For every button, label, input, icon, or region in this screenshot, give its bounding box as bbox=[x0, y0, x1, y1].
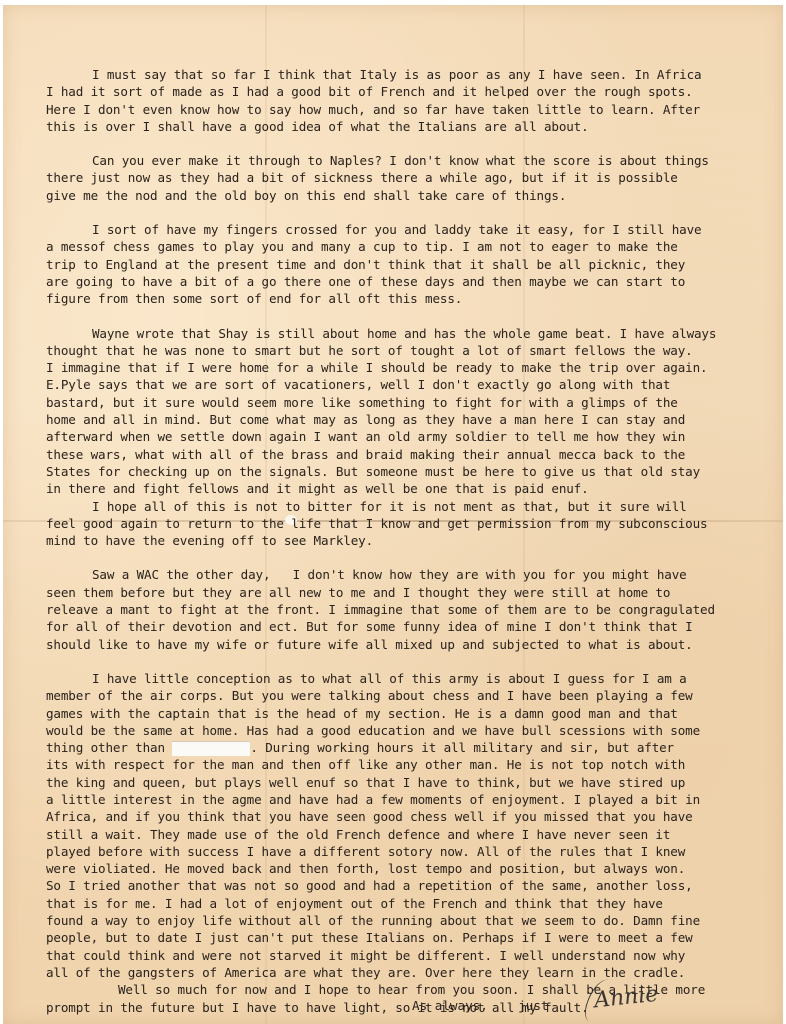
text-line: still a wait. They made use of the old F… bbox=[46, 826, 776, 843]
text-line: feel good again to return to the life th… bbox=[46, 515, 776, 532]
text-line: seen them before but they are all new to… bbox=[46, 584, 776, 601]
text-line: thought that he was none to smart but he… bbox=[46, 342, 776, 359]
redacted-area bbox=[172, 741, 250, 756]
text-line: its with respect for the man and then of… bbox=[46, 756, 776, 773]
text-line: figure from then some sort of end for al… bbox=[46, 290, 776, 307]
text-line: mind to have the evening off to see Mark… bbox=[46, 532, 776, 549]
text-line: this is over I shall have a good idea of… bbox=[46, 118, 776, 135]
text-line: I had it sort of made as I had a good bi… bbox=[46, 83, 776, 100]
paragraph-wayne: Wayne wrote that Shay is still about hom… bbox=[46, 325, 776, 498]
text-line: should like to have my wife or future wi… bbox=[46, 636, 776, 653]
text-line: are going to have a bit of a go there on… bbox=[46, 273, 776, 290]
text-before-redaction: thing other than bbox=[46, 740, 172, 755]
paragraph-naples: Can you ever make it through to Naples? … bbox=[46, 152, 776, 204]
text-line: in there and fight fellows and it might … bbox=[46, 480, 776, 497]
text-line: that is for me. I had a lot of enjoyment… bbox=[46, 895, 776, 912]
paragraph-italy: I must say that so far I think that Ital… bbox=[46, 66, 776, 135]
text-line: that could think and were not starved it… bbox=[46, 947, 776, 964]
text-line: there just now as they had a bit of sick… bbox=[46, 169, 776, 186]
paragraph-chess: I have little conception as to what all … bbox=[46, 670, 776, 981]
text-line: a messof chess games to play you and man… bbox=[46, 238, 776, 255]
text-after-redaction: . During working hours it all military a… bbox=[250, 740, 674, 755]
text-line: So I tried another that was not so good … bbox=[46, 877, 776, 894]
paragraph-bitter: I hope all of this is not to bitter for … bbox=[46, 498, 776, 550]
text-line: give me the nod and the old boy on this … bbox=[46, 187, 776, 204]
text-line: E.Pyle says that we are sort of vacation… bbox=[46, 376, 776, 393]
text-line: found a way to enjoy life without all of… bbox=[46, 912, 776, 929]
text-line: the king and queen, but plays well enuf … bbox=[46, 774, 776, 791]
text-line: Saw a WAC the other day, I don't know ho… bbox=[46, 566, 776, 583]
text-line: I must say that so far I think that Ital… bbox=[46, 66, 776, 83]
text-line: a little interest in the agme and have h… bbox=[46, 791, 776, 808]
closing-salutation: As always, just bbox=[412, 998, 548, 1013]
text-line: Africa, and if you think that you have s… bbox=[46, 808, 776, 825]
text-line: States for checking up on the signals. B… bbox=[46, 463, 776, 480]
text-line: Well so much for now and I hope to hear … bbox=[46, 981, 776, 998]
text-line: member of the air corps. But you were ta… bbox=[46, 687, 776, 704]
text-line: bastard, but it sure would seem more lik… bbox=[46, 394, 776, 411]
text-line: people, but to date I just can't put the… bbox=[46, 929, 776, 946]
text-line: for all of their devotion and ect. But f… bbox=[46, 618, 776, 635]
text-line: I have little conception as to what all … bbox=[46, 670, 776, 687]
text-line-with-redaction: thing other than . During working hours … bbox=[46, 739, 776, 756]
text-line: all of the gangsters of America are what… bbox=[46, 964, 776, 981]
text-line: I sort of have my fingers crossed for yo… bbox=[46, 221, 776, 238]
paragraph-wac: Saw a WAC the other day, I don't know ho… bbox=[46, 566, 776, 652]
text-line: trip to England at the present time and … bbox=[46, 256, 776, 273]
text-line: these wars, what with all of the brass a… bbox=[46, 446, 776, 463]
text-line: home and all in mind. But come what may … bbox=[46, 411, 776, 428]
text-line: prompt in the future but I have to have … bbox=[46, 999, 776, 1016]
paragraph-fingers-crossed: I sort of have my fingers crossed for yo… bbox=[46, 221, 776, 307]
text-line: Can you ever make it through to Naples? … bbox=[46, 152, 776, 169]
text-line: afterward when we settle down again I wa… bbox=[46, 428, 776, 445]
text-line: were violiated. He moved back and then f… bbox=[46, 860, 776, 877]
text-line: Here I don't even know how to say how mu… bbox=[46, 101, 776, 118]
text-line: I immagine that if I were home for a whi… bbox=[46, 359, 776, 376]
text-line: would be the same at home. Has had a goo… bbox=[46, 722, 776, 739]
text-line: played before with success I have a diff… bbox=[46, 843, 776, 860]
text-line: Wayne wrote that Shay is still about hom… bbox=[46, 325, 776, 342]
text-line: games with the captain that is the head … bbox=[46, 705, 776, 722]
text-line: I hope all of this is not to bitter for … bbox=[46, 498, 776, 515]
paragraph-closing: Well so much for now and I hope to hear … bbox=[46, 981, 776, 1016]
text-line: releave a mant to fight at the front. I … bbox=[46, 601, 776, 618]
letter-body: I must say that so far I think that Ital… bbox=[46, 66, 776, 1016]
